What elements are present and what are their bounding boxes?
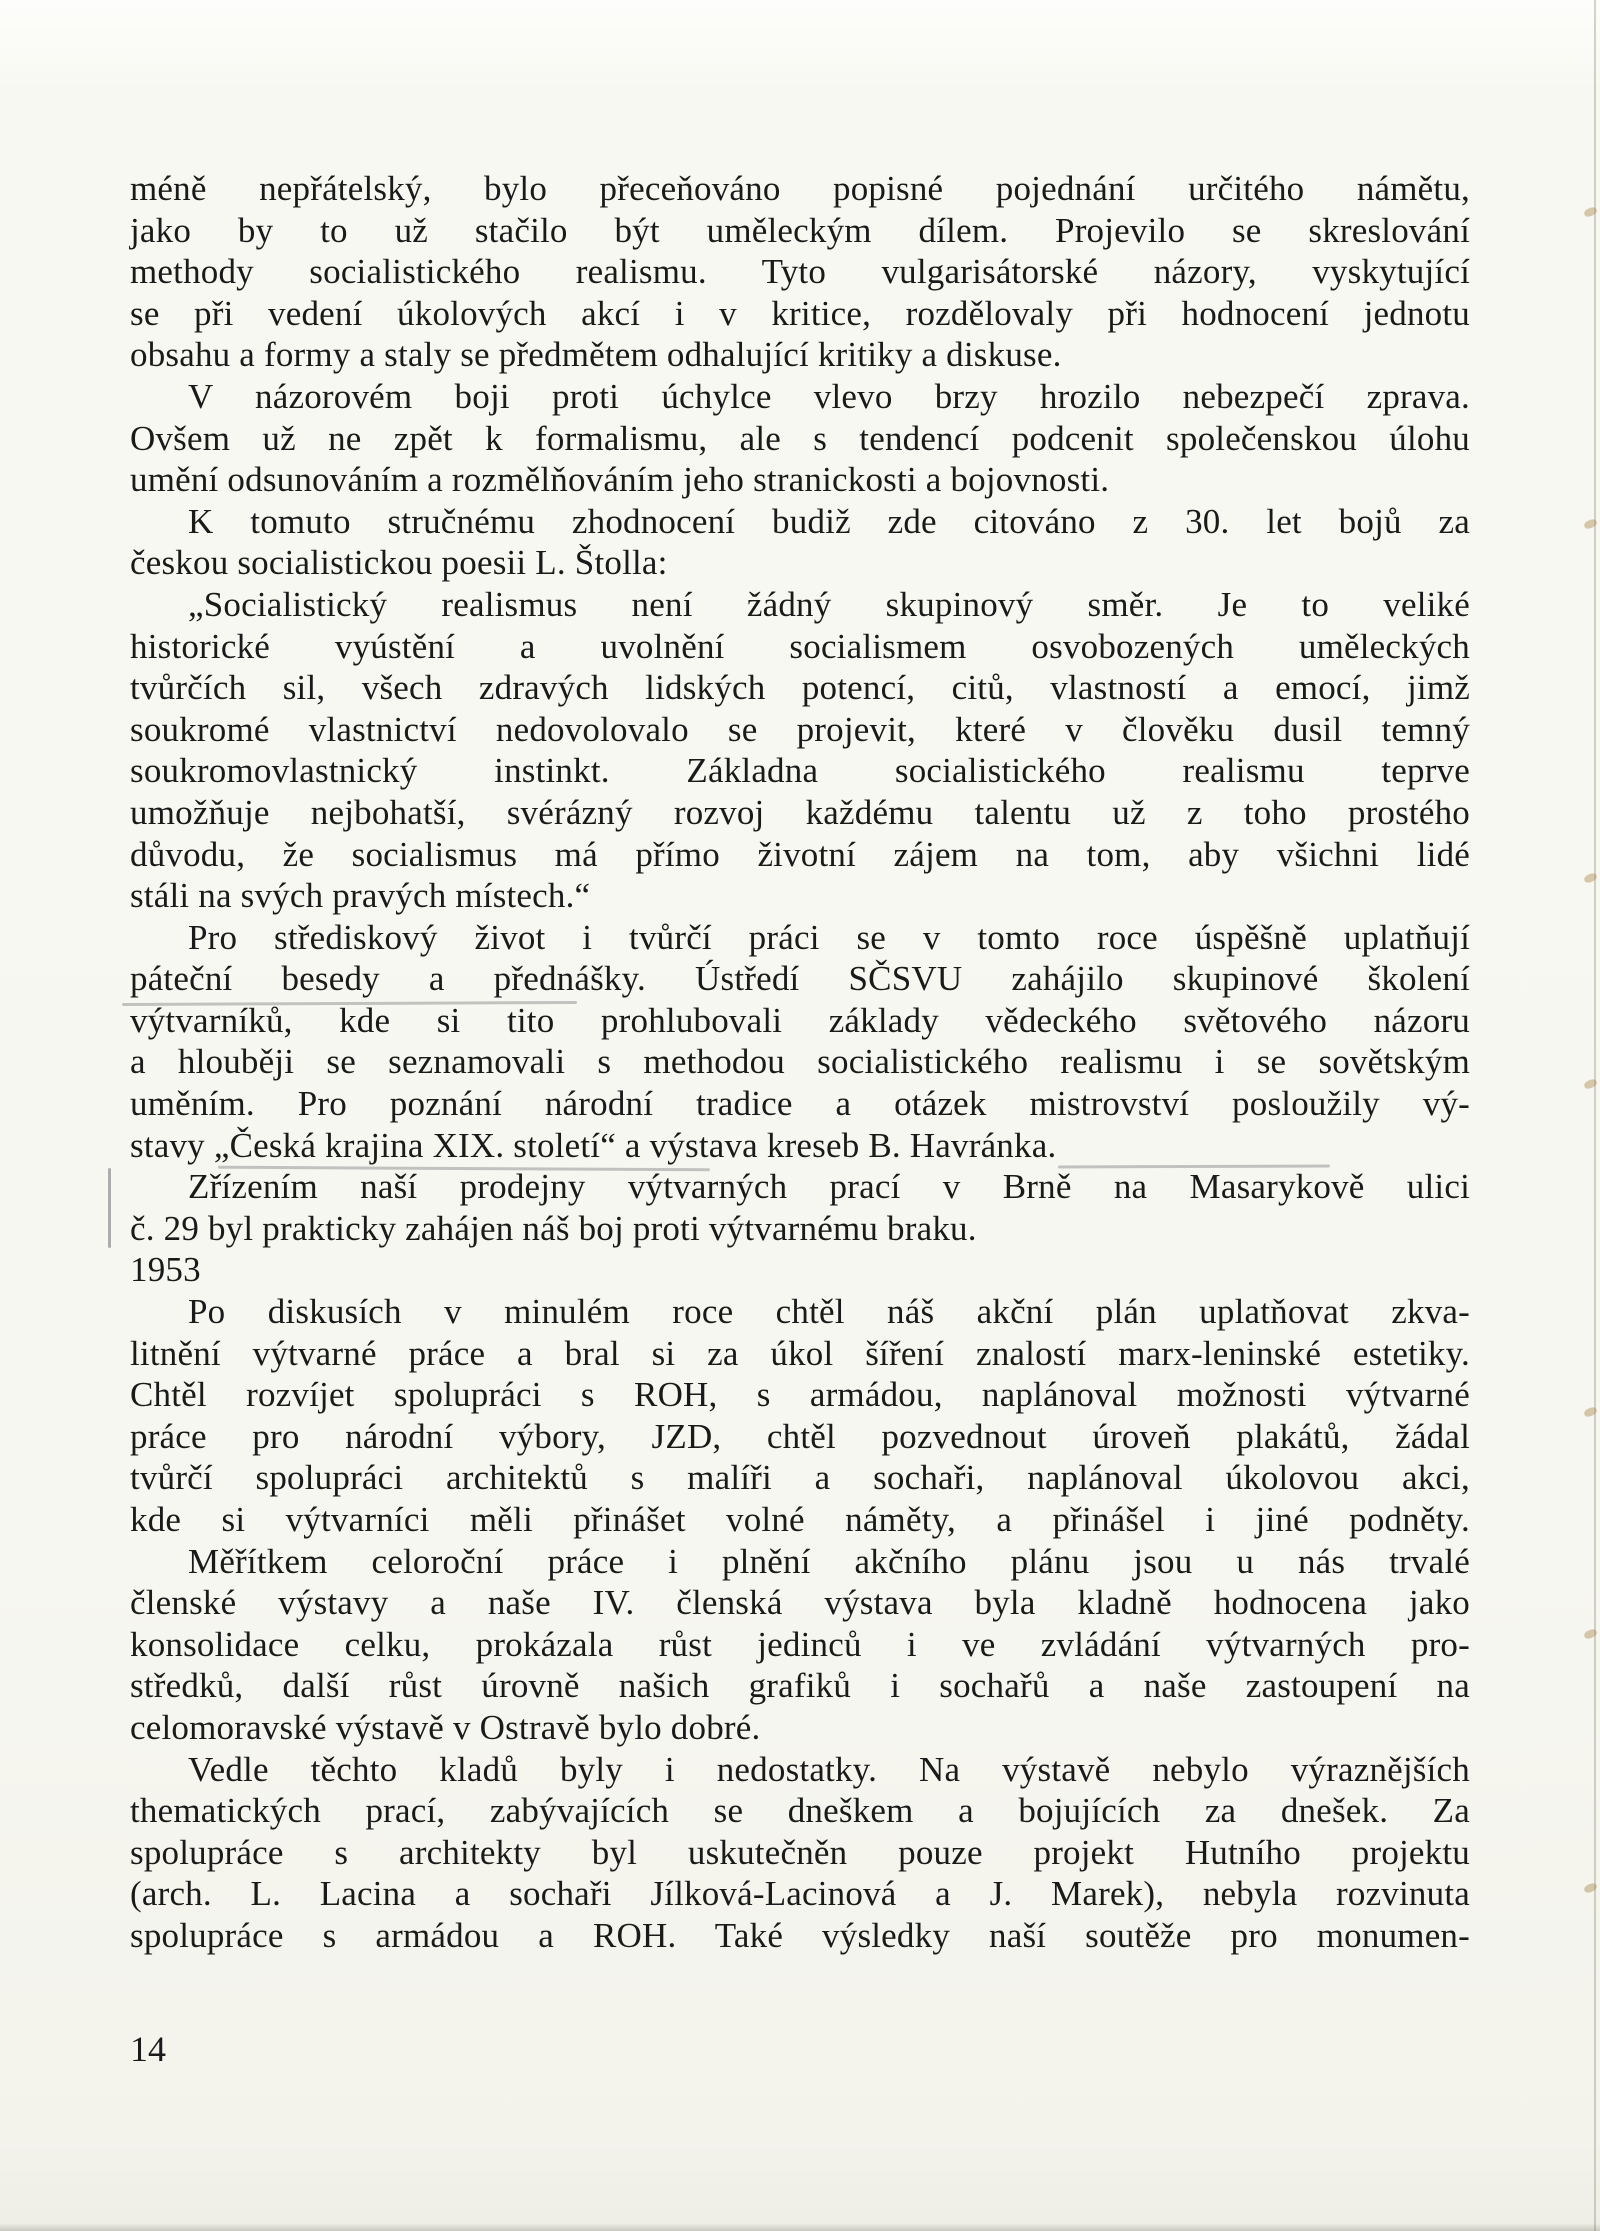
text-line: historické vyústění a uvolnění socialism…	[130, 626, 1470, 668]
text-line: thematických prací, zabývajících se dneš…	[130, 1790, 1470, 1832]
text-line: Ovšem už ne zpět k formalismu, ale s ten…	[130, 418, 1470, 460]
text-line: 1953	[130, 1249, 1470, 1291]
text-line: celomoravské výstavě v Ostravě bylo dobr…	[130, 1707, 1470, 1749]
text-line: středků, další růst úrovně našich grafik…	[130, 1665, 1470, 1707]
text-line: uměním. Pro poznání národní tradice a ot…	[130, 1083, 1470, 1125]
text-line: členské výstavy a naše IV. členská výsta…	[130, 1582, 1470, 1624]
text-line: Zřízením naší prodejny výtvarných prací …	[130, 1166, 1470, 1208]
text-line: a hlouběji se seznamovali s methodou soc…	[130, 1041, 1470, 1083]
text-line: umění odsunováním a rozmělňováním jeho s…	[130, 459, 1470, 501]
text-line: Chtěl rozvíjet spolupráci s ROH, s armád…	[130, 1374, 1470, 1416]
text-line: umožňuje nejbohatší, svérázný rozvoj kaž…	[130, 792, 1470, 834]
text-line: Měřítkem celoroční práce i plnění akčníh…	[130, 1541, 1470, 1583]
text-line: práce pro národní výbory, JZD, chtěl poz…	[130, 1416, 1470, 1458]
text-line: soukromovlastnický instinkt. Základna so…	[130, 750, 1470, 792]
text-line: českou socialistickou poesii L. Štolla:	[130, 542, 1470, 584]
text-line: stavy „Česká krajina XIX. století“ a výs…	[130, 1125, 1470, 1167]
text-line: soukromé vlastnictví nedovolovalo se pro…	[130, 709, 1470, 751]
page-edge-shadow	[1594, 0, 1596, 2231]
text-line: se při vedení úkolových akcí i v kritice…	[130, 293, 1470, 335]
text-line: méně nepřátelský, bylo přeceňováno popis…	[130, 168, 1470, 210]
text-line: důvodu, že socialismus má přímo životní …	[130, 834, 1470, 876]
text-line: konsolidace celku, prokázala růst jedinc…	[130, 1624, 1470, 1666]
text-line: litnění výtvarné práce a bral si za úkol…	[130, 1333, 1470, 1375]
text-line: „Socialistický realismus není žádný skup…	[130, 584, 1470, 626]
text-line: Pro střediskový život i tvůrčí práci se …	[130, 917, 1470, 959]
text-line: stáli na svých pravých místech.“	[130, 875, 1470, 917]
text-line: spolupráce s armádou a ROH. Také výsledk…	[130, 1915, 1470, 1957]
text-line: tvůrčí spolupráci architektů s malíři a …	[130, 1457, 1470, 1499]
text-line: výtvarníků, kde si tito prohlubovali zák…	[130, 1000, 1470, 1042]
text-line: č. 29 byl prakticky zahájen náš boj prot…	[130, 1208, 1470, 1250]
text-line: Vedle těchto kladů byly i nedostatky. Na…	[130, 1749, 1470, 1791]
text-line: spolupráce s architekty byl uskutečněn p…	[130, 1832, 1470, 1874]
text-line: kde si výtvarníci měli přinášet volné ná…	[130, 1499, 1470, 1541]
text-line: páteční besedy a přednášky. Ústředí SČSV…	[130, 958, 1470, 1000]
margin-pencil-mark	[108, 1168, 111, 1248]
page-number: 14	[130, 2028, 166, 2070]
scanned-book-page: méně nepřátelský, bylo přeceňováno popis…	[0, 0, 1600, 2231]
body-text: méně nepřátelský, bylo přeceňováno popis…	[130, 168, 1470, 1957]
text-line: obsahu a formy a staly se předmětem odha…	[130, 334, 1470, 376]
text-line: (arch. L. Lacina a sochaři Jílková-Lacin…	[130, 1873, 1470, 1915]
text-line: K tomuto stručnému zhodnocení budiž zde …	[130, 501, 1470, 543]
text-line: jako by to už stačilo být uměleckým díle…	[130, 210, 1470, 252]
text-line: V názorovém boji proti úchylce vlevo brz…	[130, 376, 1470, 418]
scan-bottom-shadow	[0, 2223, 1600, 2231]
text-line: Po diskusích v minulém roce chtěl náš ak…	[130, 1291, 1470, 1333]
text-line: methody socialistického realismu. Tyto v…	[130, 251, 1470, 293]
text-line: tvůrčích sil, všech zdravých lidských po…	[130, 667, 1470, 709]
